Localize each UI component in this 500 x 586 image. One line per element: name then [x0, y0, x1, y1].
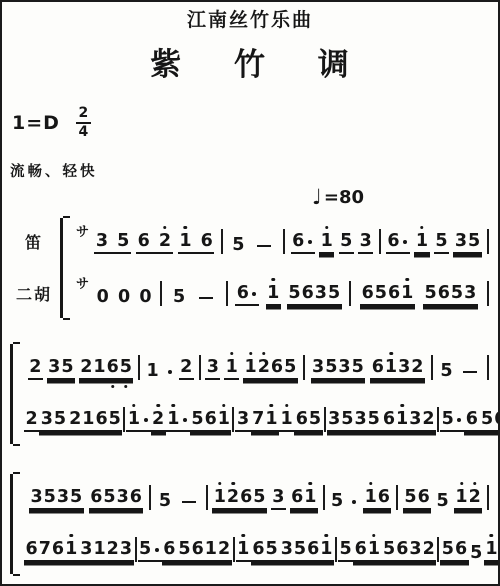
note-group: 1 — [224, 359, 239, 381]
note: 6 — [494, 411, 500, 429]
note-group: 6 — [162, 541, 177, 563]
note: 5 — [440, 363, 453, 381]
note: 2 — [152, 411, 165, 429]
octave-dot-high — [172, 404, 176, 408]
note: 6 — [382, 411, 395, 429]
note: 5 — [383, 541, 396, 559]
note: 0 — [96, 289, 109, 307]
quarter-note-icon: ♩ — [312, 187, 322, 208]
note-group — [164, 370, 175, 380]
note: 3 — [48, 359, 61, 377]
note: 6 — [437, 285, 450, 303]
system: 2352165123112653535613252352165121561371… — [10, 344, 490, 448]
octave-dot-high — [325, 226, 329, 230]
note-group: 5 — [435, 493, 450, 511]
note-group: 1 — [126, 411, 150, 433]
note-group: 1 — [166, 411, 190, 433]
note-group: 61 — [353, 541, 381, 563]
note: 5 — [470, 545, 483, 563]
score: 笛サ3562165615361535二胡サ0005615635656156532… — [2, 218, 498, 578]
measure: 67613123 — [24, 541, 134, 563]
note-group: 2 — [28, 359, 43, 381]
note: 6 — [163, 541, 176, 559]
barline — [437, 537, 439, 562]
extension-dash — [463, 371, 477, 374]
note: 3 — [398, 359, 411, 377]
measure: 5615632 — [338, 541, 436, 563]
octave-dot-high — [69, 534, 73, 538]
note: 5 — [158, 493, 171, 511]
note: 5 — [117, 233, 130, 251]
note-group: 35 — [39, 411, 67, 433]
note-group: 6132 — [381, 411, 436, 433]
octave-dot-high — [405, 278, 409, 282]
stave-row: 235216512156137116535356132565612 — [10, 396, 490, 448]
note: 6 — [137, 233, 150, 251]
augmentation-dot — [183, 418, 187, 422]
note: 3 — [409, 541, 422, 559]
note: 0 — [118, 289, 131, 307]
note: 6 — [396, 541, 409, 559]
note: 6 — [252, 541, 265, 559]
note: 2 — [422, 411, 435, 429]
note: 5 — [308, 411, 321, 429]
augmentation-dot — [457, 418, 461, 422]
note: 5 — [293, 541, 306, 559]
note: 6 — [354, 541, 367, 559]
measure: 35356132 — [306, 359, 430, 381]
note-group: 5 — [440, 411, 464, 433]
note: 1 — [213, 489, 226, 507]
measure: 565612 — [440, 411, 500, 433]
note-group — [459, 371, 481, 381]
augmentation-dot — [352, 500, 356, 504]
octave-dot-high — [270, 404, 274, 408]
note: 1 — [237, 541, 250, 559]
note-group: 3 — [205, 359, 220, 381]
note: 1 — [204, 541, 217, 559]
extension-dash — [257, 245, 271, 248]
note: 3 — [314, 285, 327, 303]
note-group: 5612 — [177, 541, 232, 563]
barline — [437, 407, 439, 432]
note: 2 — [422, 541, 435, 559]
key-signature: 1=D 2 4 — [12, 104, 498, 142]
note-group: 1 — [145, 363, 160, 381]
note-group: 1265 — [243, 359, 298, 381]
note-group: 5653 — [423, 285, 478, 307]
note: 3 — [338, 359, 351, 377]
note: 1 — [65, 541, 78, 559]
note-group: 6 — [386, 233, 410, 255]
octave-dot-high — [230, 352, 234, 356]
note: 6 — [106, 359, 119, 377]
note: 5 — [441, 541, 454, 559]
note-group: 71 — [251, 411, 279, 433]
note-group: 561 — [190, 411, 232, 433]
extension-dash — [199, 297, 213, 300]
note: 6 — [90, 489, 103, 507]
barline — [323, 485, 325, 510]
note-group — [195, 297, 217, 307]
barline — [160, 281, 162, 306]
note: 1 — [146, 363, 159, 381]
note: 2 — [69, 411, 82, 429]
note: 6 — [291, 489, 304, 507]
genre-label: 江南丝竹乐曲 — [2, 5, 498, 32]
note: 1 — [93, 541, 106, 559]
measure: 12 — [141, 359, 197, 381]
note: 6 — [465, 411, 478, 429]
note: 2 — [226, 489, 239, 507]
measure: 1265361 — [209, 489, 322, 511]
note: 1 — [415, 233, 428, 251]
note: 6 — [95, 411, 108, 429]
note: 6 — [204, 411, 217, 429]
note-group: 2 — [151, 411, 166, 433]
octave-dot-high — [460, 482, 464, 486]
stave-row: 笛サ3562165615361535 — [10, 218, 490, 270]
note: 5 — [441, 411, 454, 429]
octave-dot-high — [241, 534, 245, 538]
measure: 311265 — [202, 359, 302, 381]
measure: 1653561 — [236, 541, 334, 563]
note: 5 — [191, 411, 204, 429]
note: 5 — [61, 359, 74, 377]
note: 5 — [367, 411, 380, 429]
note: 6 — [129, 489, 142, 507]
note-group: 5 — [439, 363, 454, 381]
note: 5 — [178, 541, 191, 559]
measure: 61535 — [382, 233, 486, 255]
note-group: 62 — [136, 233, 172, 255]
notation-line: 235216512311265353561325 — [24, 354, 490, 380]
note: 3 — [312, 359, 325, 377]
note: 5 — [53, 411, 66, 429]
barline — [283, 229, 285, 254]
note: 5 — [339, 541, 352, 559]
measure: 2352165 — [24, 411, 122, 433]
note: 1 — [127, 411, 140, 429]
barline — [379, 229, 381, 254]
note: 6 — [236, 285, 249, 303]
measure: 5 — [434, 363, 486, 381]
note: 2 — [411, 359, 424, 377]
note: 5 — [288, 285, 301, 303]
note: 5 — [468, 233, 481, 251]
note: 5 — [330, 493, 343, 511]
measure: 5 — [163, 289, 225, 307]
octave-dot-high — [285, 404, 289, 408]
note: 6 — [240, 489, 253, 507]
note-group: 6561 — [360, 285, 415, 307]
note: 5 — [351, 359, 364, 377]
note: 6 — [301, 285, 314, 303]
octave-dot-high — [262, 352, 266, 356]
note: 5 — [172, 289, 185, 307]
note: 5 — [340, 233, 353, 251]
page-title: 紫 竹 调 — [2, 39, 498, 84]
measure: 5 — [152, 493, 204, 511]
note: 6 — [51, 541, 64, 559]
augmentation-dot — [403, 240, 407, 244]
augmentation-dot — [252, 292, 256, 296]
measure: 5 — [224, 237, 283, 255]
note: 3 — [272, 489, 285, 507]
note: 5 — [108, 411, 121, 429]
note: 3 — [80, 541, 93, 559]
note: 6 — [377, 489, 390, 507]
note-group — [178, 501, 200, 511]
note-group: 65 — [251, 541, 279, 563]
note: 1 — [320, 233, 333, 251]
note: 6 — [270, 359, 283, 377]
note: 5 — [284, 359, 297, 377]
note-group: 56 — [403, 489, 431, 511]
note-group: 6132 — [370, 359, 425, 381]
note: 6 — [307, 541, 320, 559]
note: 5 — [435, 233, 448, 251]
note-group: 0 — [117, 289, 132, 307]
note: 5 — [103, 489, 116, 507]
note-group: 0 — [138, 289, 153, 307]
note: 6 — [191, 541, 204, 559]
note: 1 — [217, 411, 230, 429]
note-group: 1265 — [212, 489, 267, 511]
note: 2 — [80, 359, 93, 377]
note: 5 — [70, 489, 83, 507]
barline — [226, 281, 228, 306]
measure: 565612 — [138, 541, 232, 563]
note: 1 — [82, 411, 95, 429]
system: 笛サ3562165615361535二胡サ000561563565615653 — [10, 218, 490, 322]
octave-dot-high — [218, 482, 222, 486]
barline — [199, 355, 201, 380]
augmentation-dot — [168, 370, 172, 374]
note: 6 — [387, 285, 400, 303]
note-group: 3535 — [327, 411, 382, 433]
note: 5 — [404, 489, 417, 507]
barline — [138, 355, 140, 380]
note: 5 — [119, 359, 132, 377]
note-group: 1 — [266, 285, 281, 307]
note-group — [348, 500, 359, 510]
tempo-marking: ♩ =80 — [312, 187, 498, 208]
note-group: 5 — [231, 237, 246, 255]
note-group: 35 — [453, 233, 481, 255]
measure: 6153 — [286, 233, 377, 255]
note-group: 0 — [95, 289, 110, 307]
note: 2 — [25, 411, 38, 429]
octave-dot-high — [369, 482, 373, 486]
octave-dot-high — [400, 404, 404, 408]
octave-dot-high — [420, 226, 424, 230]
note: 5 — [325, 359, 338, 377]
note: 1 — [396, 411, 409, 429]
note: 1 — [320, 541, 333, 559]
note-group: 35 — [94, 233, 130, 255]
stave-row: 353565365126536151656512 — [10, 474, 490, 526]
barline — [123, 407, 125, 432]
augmentation-dot — [155, 548, 159, 552]
note-group: 3535 — [29, 489, 84, 511]
note-group: 6 — [235, 285, 259, 307]
octave-dot-high — [271, 278, 275, 282]
stave-row: 235216512311265353561325 — [10, 344, 490, 396]
note: 5 — [480, 411, 493, 429]
note-group: 1 — [279, 411, 294, 433]
note: 5 — [450, 285, 463, 303]
note: 5 — [341, 411, 354, 429]
note-group: 61 — [290, 489, 318, 511]
barline — [221, 229, 223, 254]
note: 3 — [206, 359, 219, 377]
note: 5 — [265, 541, 278, 559]
stave-prefix-mark: サ — [76, 221, 89, 240]
note: 7 — [38, 541, 51, 559]
note-group — [253, 245, 275, 255]
note: 3 — [95, 233, 108, 251]
barline — [206, 485, 208, 510]
note: 6 — [387, 233, 400, 251]
note: 3 — [30, 489, 43, 507]
note-group: 5635 — [287, 285, 342, 307]
note-group: 16 — [178, 233, 214, 255]
sheet-music-page: 江南丝竹乐曲 紫 竹 调 1=D 2 4 流畅、轻快 ♩ =80 笛サ35621… — [0, 0, 500, 586]
octave-dot-high — [184, 226, 188, 230]
note: 1 — [367, 541, 380, 559]
barline — [233, 537, 235, 562]
note-group: 3 — [358, 233, 373, 255]
octave-dot-high — [473, 482, 477, 486]
instrument-label: 笛 — [10, 230, 58, 253]
barline — [135, 537, 137, 562]
note: 6 — [361, 285, 374, 303]
system: 3535653651265361516565126761312356561216… — [10, 474, 490, 578]
notation-line: サ3562165615361535 — [72, 228, 490, 254]
note: 6 — [454, 541, 467, 559]
note: 5 — [232, 237, 245, 255]
note: 1 — [93, 359, 106, 377]
note-group: 5 — [171, 289, 186, 307]
note: 6 — [200, 233, 213, 251]
barline — [487, 355, 489, 380]
note-group: 3 — [235, 411, 250, 433]
note: 1 — [167, 411, 180, 429]
note: 5 — [43, 489, 56, 507]
note: 6 — [371, 359, 384, 377]
note: 3 — [280, 541, 293, 559]
note: 6 — [292, 233, 305, 251]
note: 2 — [158, 233, 171, 251]
note-group: 3 — [271, 489, 286, 511]
barline — [324, 407, 326, 432]
note-group: 6 — [291, 233, 315, 255]
note: 6 — [25, 541, 38, 559]
note-group: 5612 — [479, 411, 500, 433]
note: 5 — [253, 489, 266, 507]
note-group: 6536 — [89, 489, 144, 511]
note-group: 5 — [138, 541, 162, 563]
note-group: 6761 — [24, 541, 79, 563]
note: 5 — [436, 493, 449, 511]
note-group: 6 — [464, 411, 479, 433]
note: 3 — [454, 233, 467, 251]
instrument-label: 二胡 — [10, 282, 58, 305]
note: 7 — [252, 411, 265, 429]
barline — [487, 229, 489, 254]
note: 2 — [257, 359, 270, 377]
note: 1 — [384, 359, 397, 377]
note: 1 — [280, 411, 293, 429]
measure: 35356536 — [24, 489, 148, 511]
barline — [335, 537, 337, 562]
note-group: 3561 — [279, 541, 334, 563]
note-group: 56 — [440, 541, 468, 563]
note: 1 — [179, 233, 192, 251]
note: 3 — [359, 233, 372, 251]
note: 3 — [236, 411, 249, 429]
augmentation-dot — [308, 240, 312, 244]
note: 3 — [56, 489, 69, 507]
note: 3 — [464, 285, 477, 303]
note: 1 — [304, 489, 317, 507]
note: 2 — [468, 489, 481, 507]
octave-dot-high — [222, 404, 226, 408]
note-group: 2 — [179, 359, 194, 381]
note-group: 5 — [434, 233, 449, 255]
note: 3 — [354, 411, 367, 429]
note-group: 1 — [319, 233, 334, 255]
octave-dot-low — [111, 385, 115, 389]
octave-dot-high — [490, 534, 494, 538]
note: 1 — [364, 489, 377, 507]
measure: 56512 — [440, 541, 500, 563]
note-group: 5632 — [382, 541, 437, 563]
note-group: 2165 — [68, 411, 123, 433]
note: 3 — [40, 411, 53, 429]
note: 5 — [424, 285, 437, 303]
time-numerator: 2 — [79, 106, 89, 121]
augmentation-dot — [144, 418, 148, 422]
note: 1 — [401, 285, 414, 303]
barline — [349, 281, 351, 306]
octave-dot-high — [372, 534, 376, 538]
note: 3 — [328, 411, 341, 429]
notation-line: 235216512156137116535356132565612 — [24, 406, 500, 432]
barline — [431, 355, 433, 380]
measure: 35356132 — [327, 411, 437, 433]
notation-line: 676131235656121653561561563256512 — [24, 536, 500, 562]
tempo-value: =80 — [324, 187, 364, 208]
stave-prefix-mark: サ — [76, 273, 89, 292]
note: 2 — [217, 541, 230, 559]
measure: 2352165 — [24, 359, 137, 381]
barline — [396, 485, 398, 510]
measure: 371165 — [235, 411, 322, 433]
note: 1 — [225, 359, 238, 377]
note: 1 — [267, 285, 280, 303]
octave-dot-high — [309, 482, 313, 486]
octave-dot-high — [163, 226, 167, 230]
key-label: 1=D — [12, 112, 60, 134]
note-group: 3123 — [79, 541, 134, 563]
note: 1 — [265, 411, 278, 429]
measure: 356216 — [89, 233, 220, 255]
note: 3 — [119, 541, 132, 559]
measure: 615635 — [229, 285, 348, 307]
note: 1 — [485, 541, 498, 559]
